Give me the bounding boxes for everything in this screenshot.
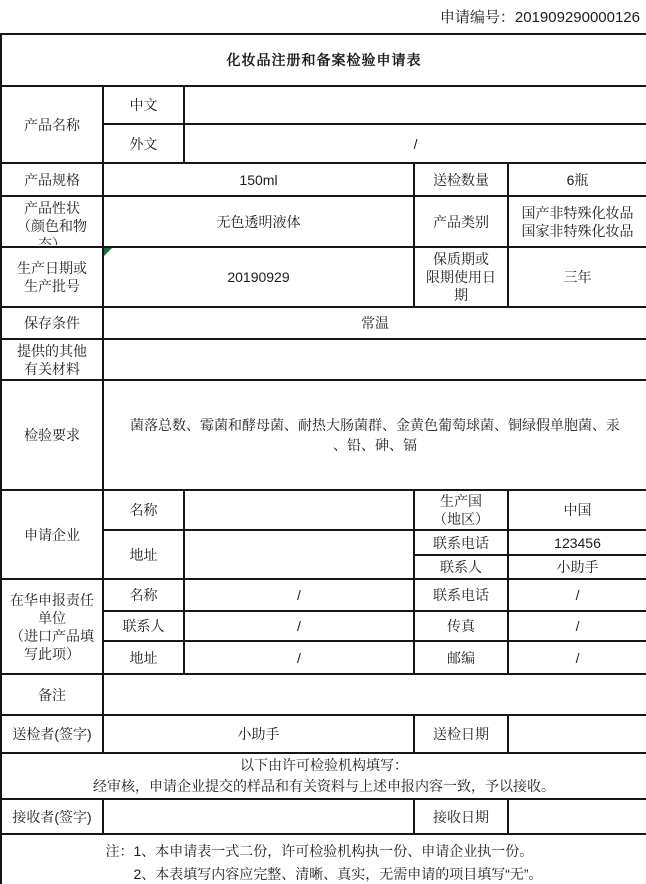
sample-qty-value: 6瓶 bbox=[508, 163, 646, 196]
requirements-label: 检验要求 bbox=[1, 380, 103, 490]
storage-label: 保存条件 bbox=[1, 307, 103, 339]
china-agent-phone-value: / bbox=[508, 579, 646, 611]
footnote: 注：1、本申请表一式二份，许可检验机构执一份、申请企业执一份。 2、本表填写内容… bbox=[1, 834, 646, 884]
applicant-phone-value: 123456 bbox=[508, 530, 646, 555]
sample-qty-label: 送检数量 bbox=[414, 163, 508, 196]
spec-value: 150ml bbox=[103, 163, 414, 196]
agency-note: 以下由许可检验机构填写： 经审核，申请企业提交的样品和有关资料与上述申报内容一致… bbox=[1, 753, 646, 799]
category-label: 产品类别 bbox=[414, 196, 508, 247]
product-name-cn-value bbox=[184, 86, 646, 124]
china-agent-zip-label: 邮编 bbox=[414, 641, 508, 674]
materials-label: 提供的其他 有关材料 bbox=[1, 339, 103, 380]
applicant-address-label: 地址 bbox=[103, 530, 184, 579]
product-name-foreign-label: 外文 bbox=[103, 124, 184, 163]
applicant-contact-label: 联系人 bbox=[414, 555, 508, 579]
shelf-life-value: 三年 bbox=[508, 247, 646, 307]
production-date-value: 20190929 bbox=[103, 247, 414, 307]
applicant-name-label: 名称 bbox=[103, 490, 184, 530]
spec-label: 产品规格 bbox=[1, 163, 103, 196]
applicant-country-label: 生产国 （地区） bbox=[414, 490, 508, 530]
product-name-label: 产品名称 bbox=[1, 86, 103, 163]
excel-error-triangle-icon bbox=[104, 248, 112, 256]
submitter-label: 送检者(签字) bbox=[1, 715, 103, 753]
category-value: 国产非特殊化妆品 国家非特殊化妆品 bbox=[508, 196, 646, 247]
submission-date-label: 送检日期 bbox=[414, 715, 508, 753]
requirements-value: 菌落总数、霉菌和酵母菌、耐热大肠菌群、金黄色葡萄球菌、铜绿假单胞菌、汞 、铅、砷… bbox=[103, 380, 646, 490]
application-form-table: 化妆品注册和备案检验申请表 产品名称 中文 外文 / 产品规格 150ml 送检… bbox=[0, 33, 646, 884]
product-name-cn-label: 中文 bbox=[103, 86, 184, 124]
submission-date-value bbox=[508, 715, 646, 753]
receive-date-label: 接收日期 bbox=[414, 799, 508, 834]
shelf-life-label: 保质期或 限期使用日 期 bbox=[414, 247, 508, 307]
china-agent-phone-label: 联系电话 bbox=[414, 579, 508, 611]
china-agent-address-label: 地址 bbox=[103, 641, 184, 674]
china-agent-label: 在华申报责任单位 （进口产品填写此项） bbox=[1, 579, 103, 674]
china-agent-name-label: 名称 bbox=[103, 579, 184, 611]
character-value: 无色透明液体 bbox=[103, 196, 414, 247]
receive-date-value bbox=[508, 799, 646, 834]
china-agent-address-value: / bbox=[184, 641, 414, 674]
china-agent-fax-value: / bbox=[508, 611, 646, 641]
form-page: 申请编号：201909290000126 化妆品注册和备案检验申请表 产品名称 … bbox=[0, 0, 646, 884]
china-agent-contact-value: / bbox=[184, 611, 414, 641]
applicant-label: 申请企业 bbox=[1, 490, 103, 579]
applicant-contact-value: 小助手 bbox=[508, 555, 646, 579]
china-agent-contact-label: 联系人 bbox=[103, 611, 184, 641]
applicant-address-value bbox=[184, 530, 414, 579]
receiver-signature-value bbox=[103, 799, 414, 834]
materials-value bbox=[103, 339, 646, 380]
china-agent-fax-label: 传真 bbox=[414, 611, 508, 641]
form-title: 化妆品注册和备案检验申请表 bbox=[1, 34, 646, 86]
applicant-country-value: 中国 bbox=[508, 490, 646, 530]
product-name-foreign-value: / bbox=[184, 124, 646, 163]
remarks-label: 备注 bbox=[1, 674, 103, 715]
character-label: 产品性状 （颜色和物 态） bbox=[1, 196, 103, 247]
china-agent-name-value: / bbox=[184, 579, 414, 611]
application-number: 申请编号：201909290000126 bbox=[0, 0, 646, 33]
remarks-value bbox=[103, 674, 646, 715]
storage-value: 常温 bbox=[103, 307, 646, 339]
china-agent-zip-value: / bbox=[508, 641, 646, 674]
submitter-signature-value: 小助手 bbox=[103, 715, 414, 753]
applicant-phone-label: 联系电话 bbox=[414, 530, 508, 555]
applicant-name-value bbox=[184, 490, 414, 530]
production-date-label: 生产日期或 生产批号 bbox=[1, 247, 103, 307]
receiver-label: 接收者(签字) bbox=[1, 799, 103, 834]
